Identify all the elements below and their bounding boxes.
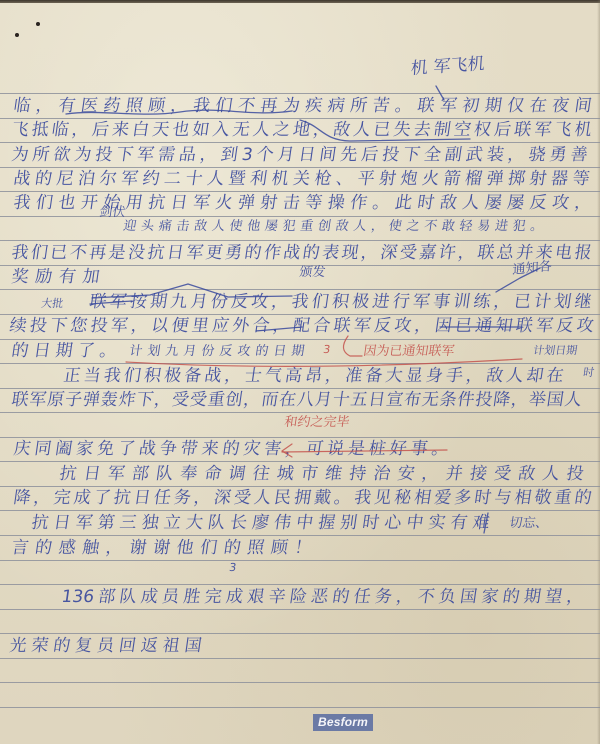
insertion-note: 颁发 xyxy=(298,264,351,282)
text-line: 的日期了。 xyxy=(10,340,118,362)
text-line: 降，完成了抗日任务，深受人民拥戴。我见秘相爱多时与相敬重的 xyxy=(12,487,593,509)
text-line: 战的尼泊尔军约二十人暨利机关枪、平射炮火箭榴弹掷射器等 xyxy=(12,168,591,190)
text-line: 庆同阖家免了战争带来的灾害，可说是桩好事。 xyxy=(12,438,450,460)
notebook-page: 机 军飞机 临，有医药照顾，我们不再为疾病所苦。联军初期仅在夜间 飞抵临，后来白… xyxy=(0,0,600,744)
text-line: 抗日军部队奉命调往城市维持治安，并接受敌人投 xyxy=(58,463,585,485)
ruled-line xyxy=(0,93,600,94)
ruled-line xyxy=(0,363,600,364)
ruled-line xyxy=(0,560,600,561)
ruled-line xyxy=(0,658,600,659)
text-line: 136部队成员胜完成艰辛险恶的任务，不负国家的期望， xyxy=(60,586,585,608)
text-line: 为所欲为投下军需品，到3个月日间先后投下全副武装，骁勇善 xyxy=(10,144,589,166)
insertion-note: 计划九月份反攻的日期 xyxy=(128,343,306,361)
ruled-line xyxy=(0,216,600,217)
header-annotation: 机 军飞机 xyxy=(410,50,532,80)
brand-logo: Besform xyxy=(313,714,373,731)
ruled-line xyxy=(0,142,600,143)
margin-note: 时 xyxy=(582,365,600,381)
ruled-line xyxy=(0,535,600,536)
margin-note: 切忘、 xyxy=(508,515,581,533)
insertion-note: 大批 xyxy=(40,296,82,312)
text-line: 抗日军第三独立大队长廖伟中握别时心中实有难 xyxy=(30,512,491,534)
text-line: 联军按期九月份反攻，我们积极进行军事训练，已计划继 xyxy=(88,291,593,313)
red-correction: 和约之完毕 xyxy=(283,414,366,432)
ruled-line xyxy=(0,682,600,683)
ruled-line xyxy=(0,609,600,610)
text-line: 联军原子弹轰炸下，受受重创，而在八月十五日宣布无条件投降，举国人 xyxy=(10,389,583,411)
text-line: 我们已不再是没抗日军更勇的作战的表现，深受嘉许，联总并来电报 xyxy=(10,242,593,264)
text-line: 飞抵临，后来白天也如入无人之地，敌人已失去制空权后联军飞机 xyxy=(10,119,593,141)
text-line: 光荣的复员回返祖国 xyxy=(8,635,203,657)
paper-top-edge xyxy=(0,0,600,3)
text-line: 言的感触，谢谢他们的照顾！ xyxy=(10,537,313,559)
red-caret-number: 3 xyxy=(322,342,338,358)
text-line: 临，有医药照顾，我们不再为疾病所苦。联军初期仅在夜间 xyxy=(12,95,593,117)
ruled-line xyxy=(0,584,600,585)
ruled-line xyxy=(0,633,600,634)
caret-number: 3 xyxy=(228,560,244,576)
insertion-note: 迎头痛击敌人使他屡犯重创敌人，使之不敢轻易进犯。 xyxy=(122,218,545,236)
red-correction: 因为已通知联军 xyxy=(362,343,495,361)
punch-dot xyxy=(15,33,19,37)
text-line: 奖励有加 xyxy=(10,266,101,288)
punch-dot xyxy=(36,22,40,26)
text-line: 续投下您投军，以便里应外合，配合联军反攻，因已通知联军反攻 xyxy=(8,315,595,337)
margin-note: 计划日期 xyxy=(532,343,594,359)
ruled-line xyxy=(0,707,600,708)
text-line: 正当我们积极备战，士气高昂，准备大显身手，敌人却在 xyxy=(62,365,565,387)
